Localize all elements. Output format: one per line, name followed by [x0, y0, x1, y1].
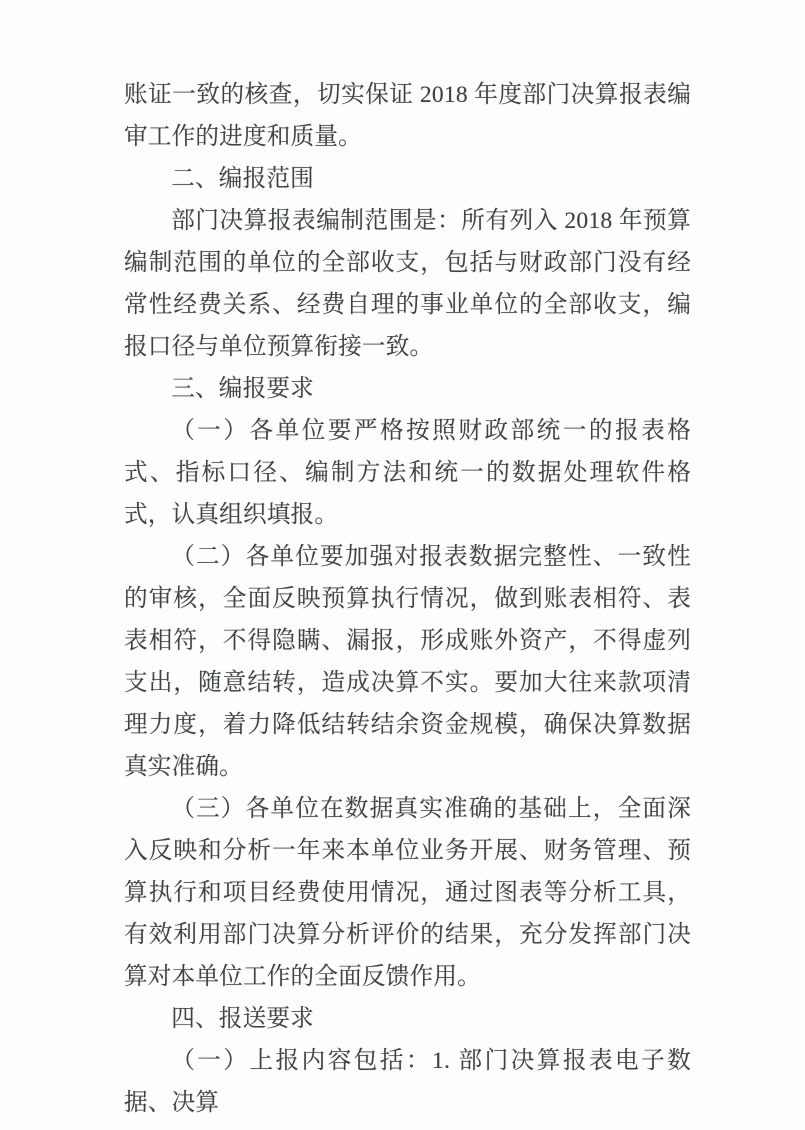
paragraph-submission-content: （一）上报内容包括：1. 部门决算报表电子数据、决算 [124, 1040, 691, 1124]
paragraph-account-verification-continuation: 账证一致的核查，切实保证 2018 年度部门决算报表编审工作的进度和质量。 [124, 74, 691, 158]
paragraph-requirement-3-analysis: （三）各单位在数据真实准确的基础上，全面深入反映和分析一年来本单位业务开展、财务… [124, 788, 691, 998]
paragraph-reporting-scope: 部门决算报表编制范围是：所有列入 2018 年预算编制范围的单位的全部收支，包括… [124, 200, 691, 368]
section-heading-2-reporting-scope: 二、编报范围 [124, 158, 691, 200]
paragraph-requirement-1-unified-format: （一）各单位要严格按照财政部统一的报表格式、指标口径、编制方法和统一的数据处理软… [124, 410, 691, 536]
section-heading-4-submission-requirements: 四、报送要求 [124, 998, 691, 1040]
paragraph-requirement-2-data-integrity: （二）各单位要加强对报表数据完整性、一致性的审核，全面反映预算执行情况，做到账表… [124, 536, 691, 788]
document-body: 账证一致的核查，切实保证 2018 年度部门决算报表编审工作的进度和质量。 二、… [124, 74, 691, 1124]
document-page: 账证一致的核查，切实保证 2018 年度部门决算报表编审工作的进度和质量。 二、… [0, 0, 805, 1130]
section-heading-3-reporting-requirements: 三、编报要求 [124, 368, 691, 410]
